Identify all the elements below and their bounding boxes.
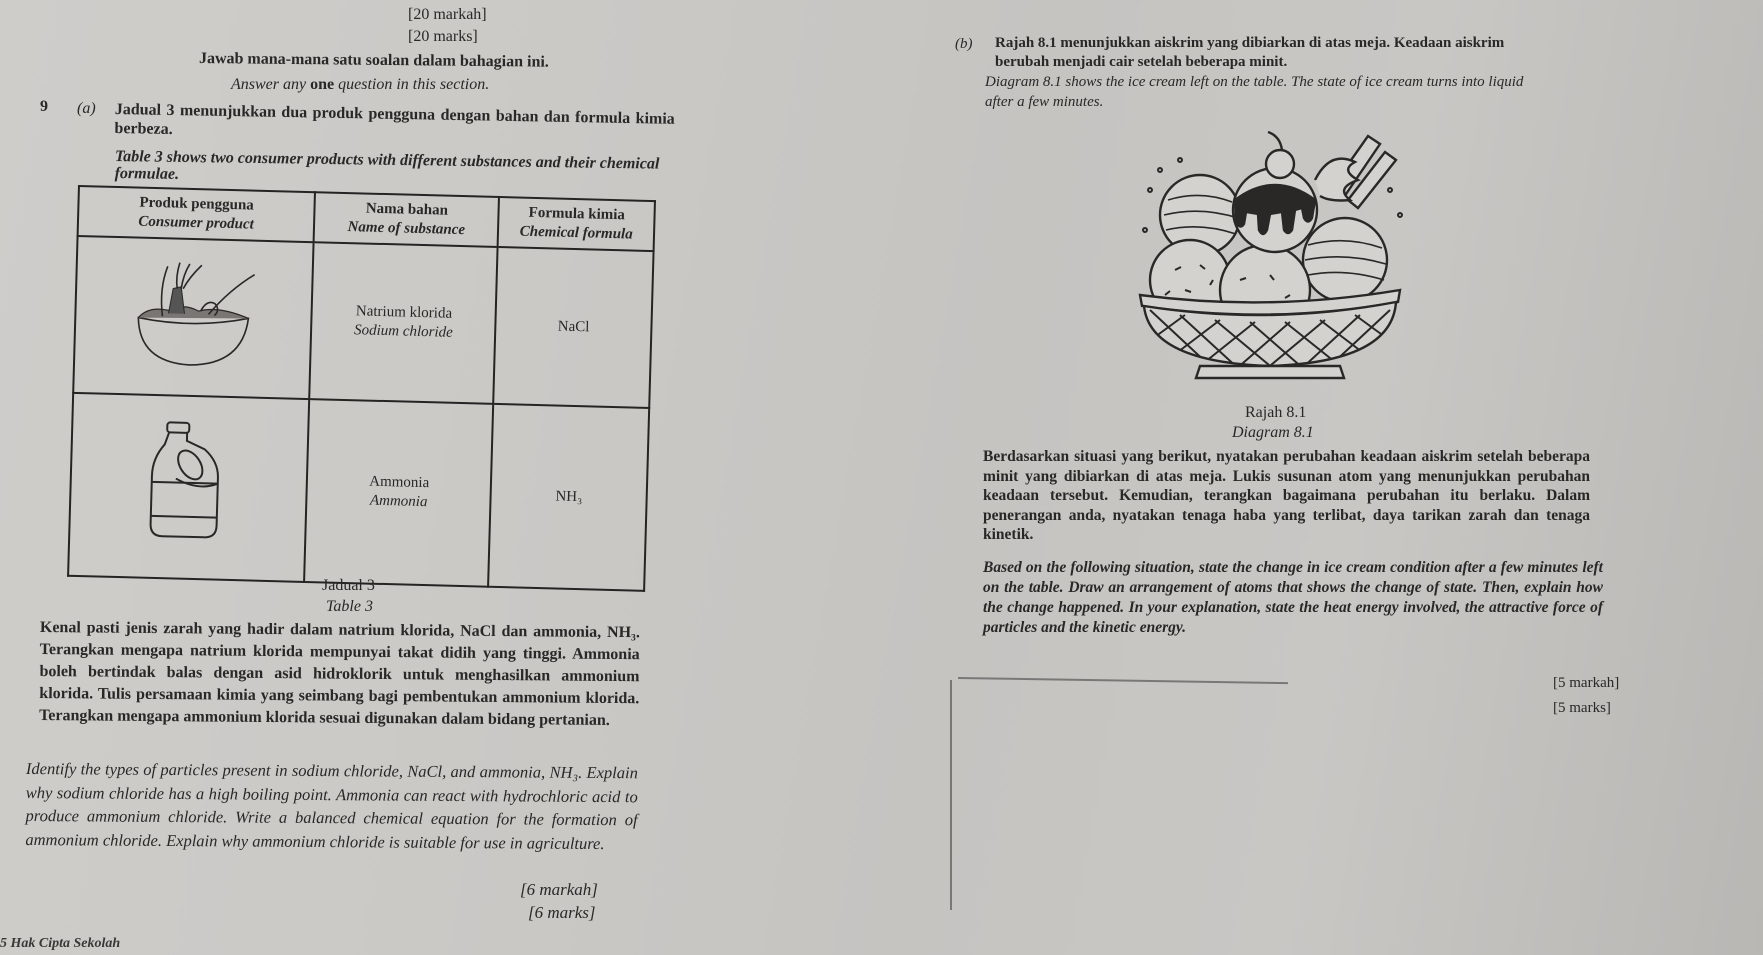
product-cell: [68, 393, 309, 582]
part-b-marks-malay: [5 markah]: [1553, 675, 1619, 692]
table-caption-english: Table 3: [326, 598, 373, 616]
diagram-caption-english: Diagram 8.1: [1232, 424, 1314, 442]
section-marks-english: [20 marks]: [408, 28, 478, 46]
part-a-intro-malay: Jadual 3 menunjukkan dua produk pengguna…: [114, 100, 675, 148]
instruction-text: question in this section.: [334, 76, 489, 93]
formula-cell: NaCl: [494, 247, 654, 408]
marks-text: [5 marks]: [1553, 700, 1611, 716]
salt-bowl-icon: [127, 258, 260, 371]
table-row: AmmoniaAmmonia NH₃: [68, 393, 649, 591]
table-3: Produk penggunaConsumer product Nama bah…: [67, 185, 656, 592]
product-cell: [73, 236, 314, 399]
part-a-label: (a): [77, 100, 96, 118]
instruction-emphasis: one: [310, 76, 334, 93]
footer-copyright: 5 Hak Cipta Sekolah: [0, 936, 120, 952]
diagram-8-1: [1130, 130, 1410, 385]
table-caption-malay: Jadual 3: [322, 577, 375, 595]
header-chemical-formula: Formula kimiaChemical formula: [498, 197, 655, 251]
part-a-marks-malay: [6 markah]: [520, 880, 598, 900]
section-marks-malay: [20 markah]: [408, 6, 487, 24]
part-b-label: (b): [955, 36, 973, 53]
part-a-task-english: Identify the types of particles present …: [25, 757, 638, 855]
ice-cream-sundae-icon: [1130, 130, 1410, 385]
part-a-intro-english: Table 3 shows two consumer products with…: [115, 148, 685, 190]
instruction-text: Answer any: [231, 76, 310, 93]
header-consumer-product: Produk penggunaConsumer product: [78, 186, 316, 242]
part-a-task-malay: Kenal pasti jenis zarah yang hadir dalam…: [39, 617, 640, 732]
part-b-task-malay: Berdasarkan situasi yang berikut, nyatak…: [983, 447, 1590, 545]
table-row: Natrium kloridaSodium chloride NaCl: [73, 236, 653, 408]
part-b-intro-english: Diagram 8.1 shows the ice cream left on …: [985, 72, 1545, 112]
substance-name-english: Sodium chloride: [313, 321, 494, 345]
section-instruction-malay: Jawab mana-mana satu soalan dalam bahagi…: [199, 50, 549, 72]
part-b-intro-malay: Rajah 8.1 menunjukkan aiskrim yang dibia…: [995, 34, 1540, 72]
marks-text: [5 markah]: [1553, 675, 1619, 691]
substance-cell: AmmoniaAmmonia: [304, 399, 493, 587]
substance-cell: Natrium kloridaSodium chloride: [309, 242, 498, 404]
question-number: 9: [40, 98, 48, 116]
diagram-caption-malay: Rajah 8.1: [1245, 404, 1306, 422]
part-b-marks-english: [5 marks]: [1553, 700, 1611, 717]
header-substance-name: Nama bahanName of substance: [314, 192, 500, 247]
section-instruction-english: Answer any one question in this section.: [231, 76, 489, 94]
header-text-english: Name of substance: [316, 217, 497, 241]
products-table: Produk penggunaConsumer product Nama bah…: [67, 185, 656, 592]
header-text-english: Chemical formula: [500, 222, 652, 245]
answer-box-top-edge: [958, 677, 1288, 684]
ammonia-bottle-icon: [142, 418, 236, 550]
answer-box-left-edge: [950, 680, 952, 910]
part-a-marks-english: [6 marks]: [528, 903, 596, 923]
formula-cell: NH₃: [489, 404, 650, 591]
substance-name-english: Ammonia: [308, 490, 489, 514]
part-b-task-english: Based on the following situation, state …: [983, 558, 1603, 638]
